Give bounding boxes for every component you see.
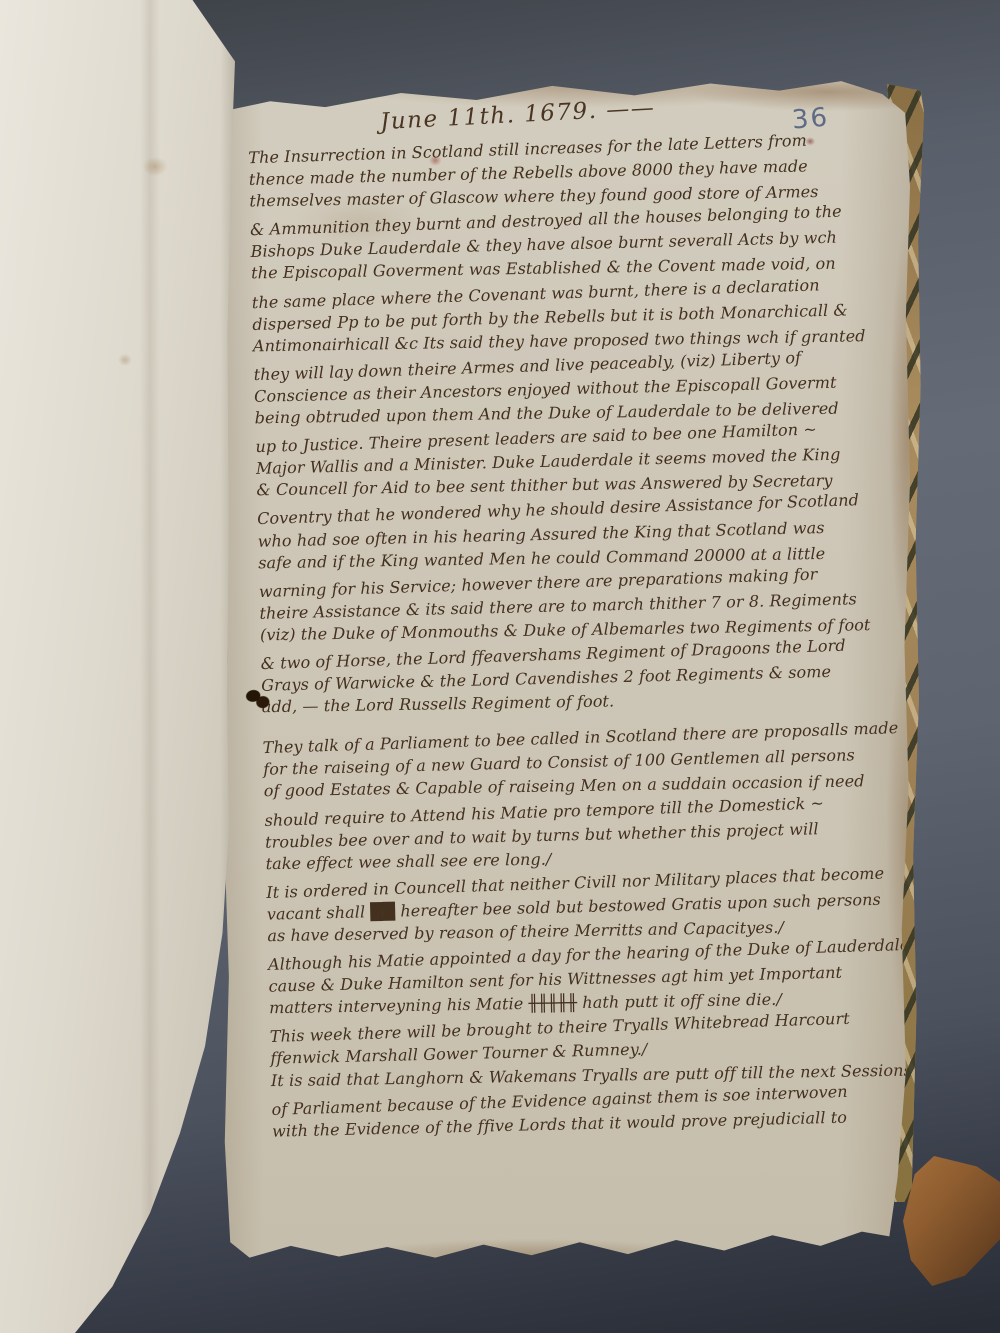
ink-blot bbox=[242, 684, 274, 714]
photo-background: June 11th. 1679. —— 36 The Insurrection … bbox=[0, 0, 1000, 1333]
date-heading: June 11th. 1679. —— bbox=[380, 95, 656, 135]
leather-binding-corner bbox=[903, 1156, 1000, 1286]
blank-verso-page bbox=[0, 0, 250, 1333]
manuscript-page: June 11th. 1679. —— 36 The Insurrection … bbox=[222, 80, 910, 1260]
manuscript-text: The Insurrection in Scotland still incre… bbox=[248, 128, 917, 1143]
